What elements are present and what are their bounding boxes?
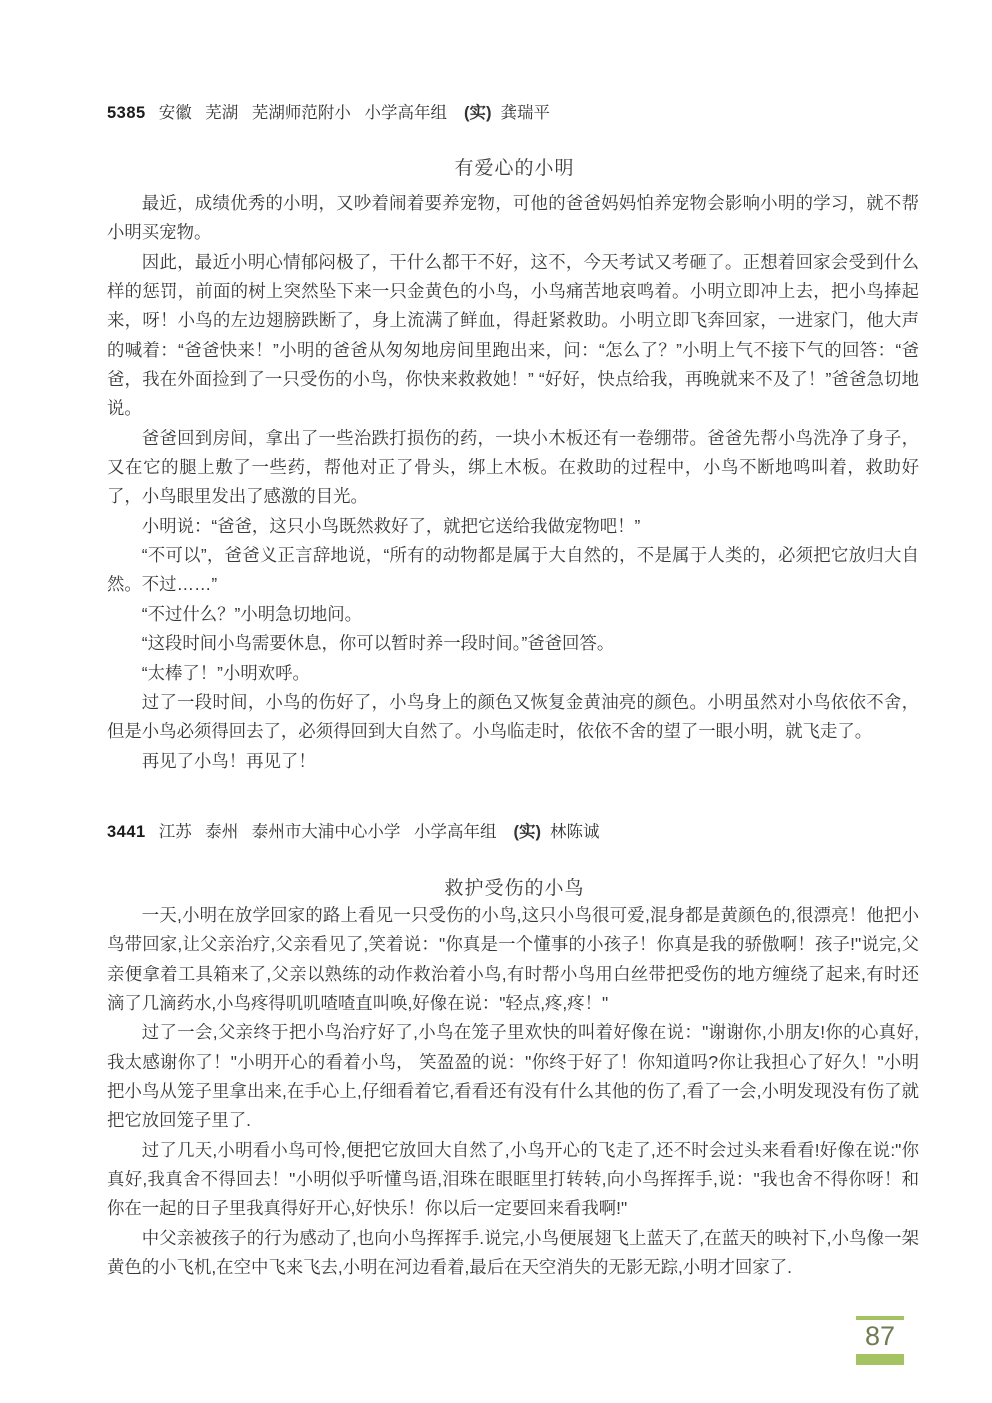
footer-bottom-bar — [856, 1354, 904, 1365]
entry-meta: 江苏 泰州 泰州市大浦中心小学 小学高年组 — [159, 823, 497, 841]
paragraph: 再见了小鸟！再见了！ — [107, 747, 919, 776]
entry-id: 3441 — [107, 823, 146, 841]
paragraph: 小明说：“爸爸，这只小鸟既然救好了，就把它送给我做宠物吧！” — [107, 512, 919, 541]
entry-header-2: 3441江苏 泰州 泰州市大浦中心小学 小学高年组(实)林陈诚 — [107, 818, 922, 842]
essay-body-1: 最近，成绩优秀的小明，又吵着闹着要养宠物，可他的爸爸妈妈怕养宠物会影响小明的学习… — [107, 189, 919, 776]
entry-meta: 安徽 芜湖 芜湖师范附小 小学高年组 — [159, 104, 447, 122]
entry-author: 林陈诚 — [550, 823, 600, 841]
paragraph: 最近，成绩优秀的小明，又吵着闹着要养宠物，可他的爸爸妈妈怕养宠物会影响小明的学习… — [107, 189, 919, 248]
entry-label: (实) — [464, 104, 492, 122]
paragraph: 过了一会,父亲终于把小鸟治疗好了,小鸟在笼子里欢快的叫着好像在说："谢谢你,小朋… — [107, 1018, 919, 1135]
entry-header-1: 5385安徽 芜湖 芜湖师范附小 小学高年组(实)龚瑞平 — [107, 99, 922, 123]
paragraph: 爸爸回到房间，拿出了一些治跌打损伤的药，一块小木板还有一卷绷带。爸爸先帮小鸟洗净… — [107, 424, 919, 512]
paragraph: “不可以”，爸爸义正言辞地说，“所有的动物都是属于大自然的，不是属于人类的，必须… — [107, 541, 919, 600]
paragraph: 中父亲被孩子的行为感动了,也向小鸟挥挥手.说完,小鸟便展翅飞上蓝天了,在蓝天的映… — [107, 1224, 919, 1283]
document-page: 5385安徽 芜湖 芜湖师范附小 小学高年组(实)龚瑞平 有爱心的小明 最近，成… — [0, 0, 992, 1403]
essay-title-1: 有爱心的小明 — [107, 153, 922, 180]
paragraph: “太棒了！”小明欢呼。 — [107, 659, 919, 688]
entry-label: (实) — [513, 823, 541, 841]
entry-id: 5385 — [107, 104, 146, 122]
paragraph: 一天,小明在放学回家的路上看见一只受伤的小鸟,这只小鸟很可爱,混身都是黄颜色的,… — [107, 901, 919, 1018]
page-number: 87 — [856, 1320, 904, 1354]
paragraph: 过了几天,小明看小鸟可怜,便把它放回大自然了,小鸟开心的飞走了,还不时会过头来看… — [107, 1136, 919, 1224]
essay-body-2: 一天,小明在放学回家的路上看见一只受伤的小鸟,这只小鸟很可爱,混身都是黄颜色的,… — [107, 901, 919, 1282]
paragraph: 过了一段时间，小鸟的伤好了，小鸟身上的颜色又恢复金黄油亮的颜色。小明虽然对小鸟依… — [107, 688, 919, 747]
essay-title-2: 救护受伤的小鸟 — [107, 873, 922, 900]
paragraph: 因此，最近小明心情郁闷极了，干什么都干不好，这不，今天考试又考砸了。正想着回家会… — [107, 248, 919, 424]
entry-author: 龚瑞平 — [500, 104, 550, 122]
paragraph: “不过什么？”小明急切地问。 — [107, 600, 919, 629]
paragraph: “这段时间小鸟需要休息，你可以暂时养一段时间。”爸爸回答。 — [107, 629, 919, 658]
page-footer: 87 — [856, 1316, 904, 1365]
